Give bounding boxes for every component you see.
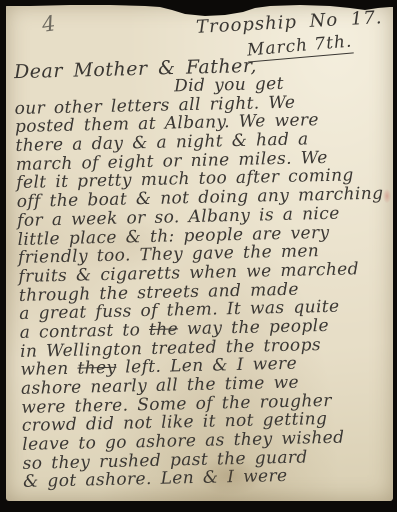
letter-heading: Troopship No 17. March 7th. — [196, 12, 387, 58]
heading-date-line: March 7th. — [247, 31, 354, 62]
letter-body: Did you getour other letters all right. … — [14, 72, 397, 492]
scan-background: { "page": { "corner_mark": "4", "heading… — [0, 0, 397, 512]
page-number-mark: 4 — [40, 11, 57, 37]
struck-word: they — [77, 358, 116, 379]
struck-word: the — [149, 319, 178, 340]
heading-troopship-line: Troopship No 17. — [196, 7, 383, 38]
letter-page: 4 Troopship No 17. March 7th. Dear Mothe… — [6, 4, 393, 501]
